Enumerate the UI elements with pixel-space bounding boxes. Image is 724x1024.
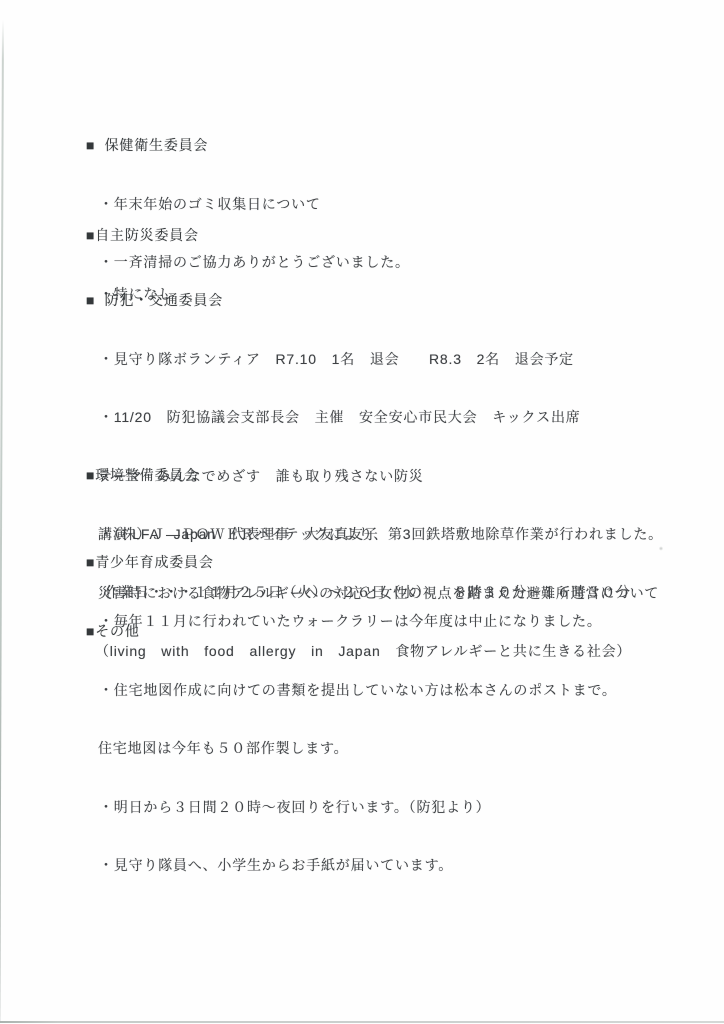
scanned-document-page: ■ 保健衛生委員会 ・年末年始のゴミ収集日について ・一斉清掃のご協力ありがとう…	[0, 0, 724, 1024]
section-heading: ■その他	[86, 620, 617, 643]
section-line: ・住宅地図作成に向けての書類を提出していない方は松本さんのポストまで。	[99, 679, 617, 702]
section-line: 住宅地図は今年も５０部作製します。	[98, 737, 617, 760]
section-heading: ■ 防犯・交通委員会	[86, 289, 659, 312]
section-line: ・見守り隊員へ、小学生からお手紙が届いています。	[99, 854, 617, 877]
section-line: ・11/20 防犯協議会支部長会 主催 安全安心市民大会 キックス出席	[99, 406, 659, 429]
section-heading: ■自主防災委員会	[86, 224, 199, 247]
section-heading: ■青少年育成委員会	[86, 551, 602, 574]
section-line: ・明日から３日間２０時～夜回りを行います。（防犯より）	[99, 796, 617, 819]
section-heading: ■環境整備委員会	[86, 464, 663, 487]
scan-edge-line-left	[0, 20, 4, 1022]
scan-edge-line-bottom	[0, 1021, 724, 1023]
section-line: ・見守り隊ボランティア R7.10 1名 退会 R8.3 2名 退会予定	[99, 348, 659, 371]
section-others: ■その他 ・住宅地図作成に向けての書類を提出していない方は松本さんのポストまで。…	[86, 584, 617, 913]
section-heading: ■ 保健衛生委員会	[86, 134, 410, 157]
